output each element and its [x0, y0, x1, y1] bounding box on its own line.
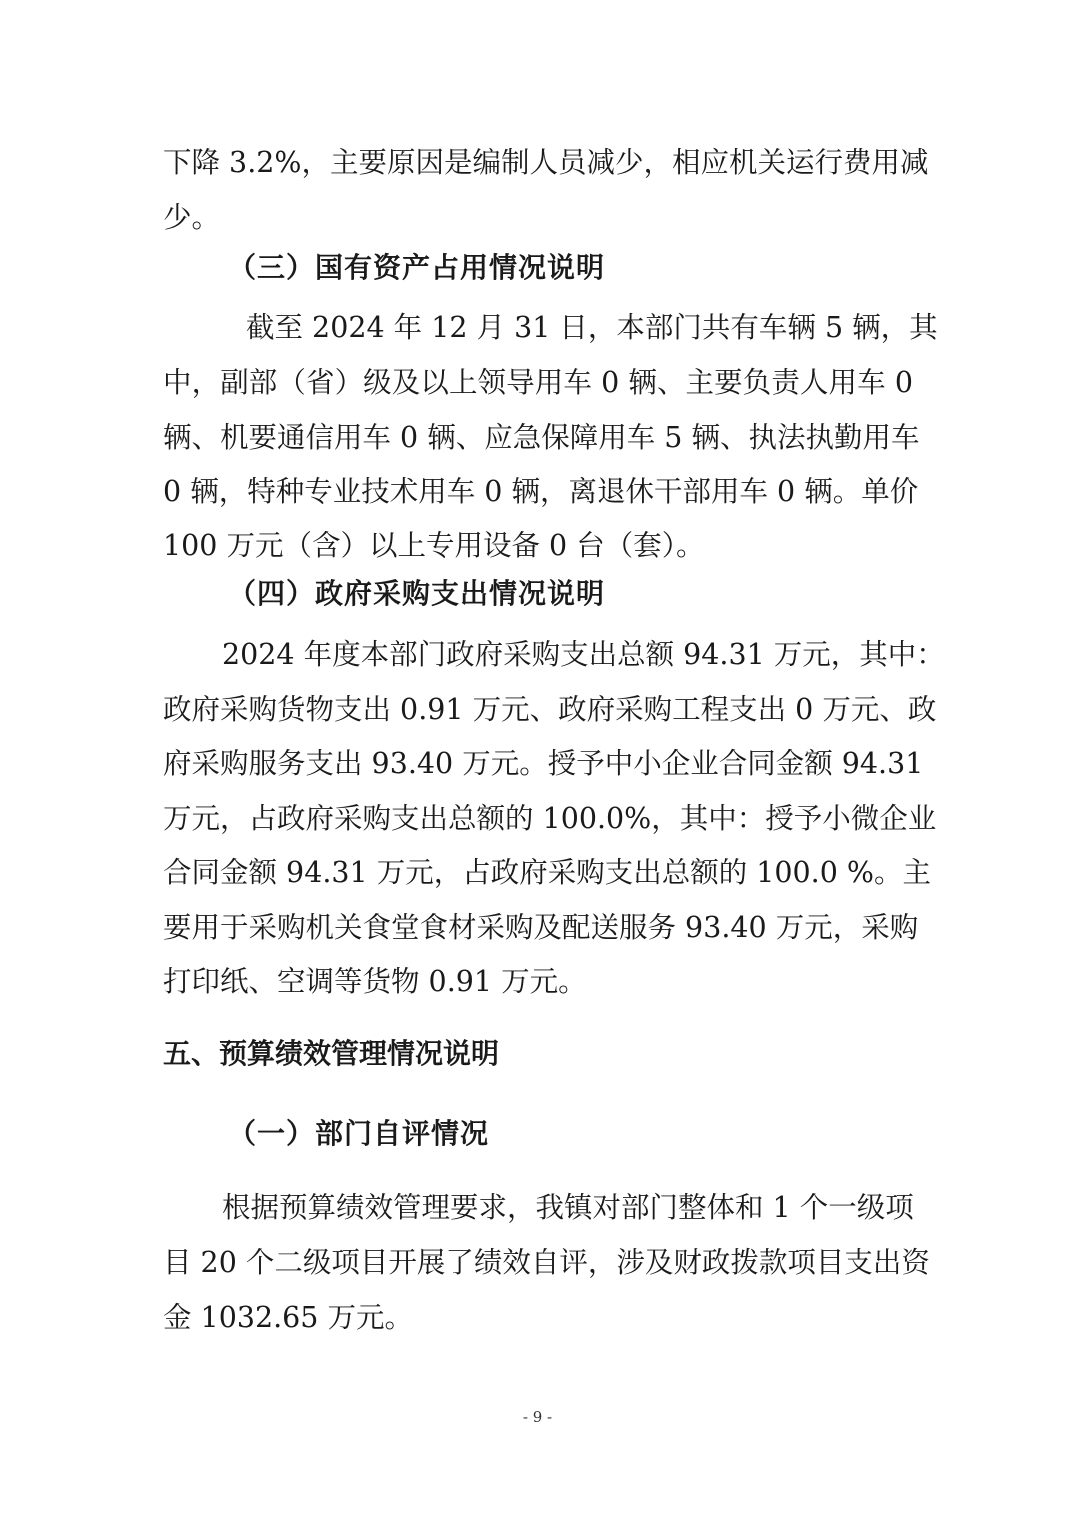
section-heading-state-assets: （三）国有资产占用情况说明 [228, 250, 605, 286]
chapter-heading-budget-performance: 五、预算绩效管理情况说明 [163, 1036, 499, 1072]
paragraph-line: 目 20 个二级项目开展了绩效自评，涉及财政拨款项目支出资 [163, 1245, 913, 1281]
page-number: - 9 - [0, 1408, 1075, 1426]
paragraph-line: 根据预算绩效管理要求，我镇对部门整体和 1 个一级项 [222, 1190, 913, 1226]
paragraph-line: 府采购服务支出 93.40 万元。授予中小企业合同金额 94.31 [163, 746, 913, 782]
paragraph-line: 合同金额 94.31 万元，占政府采购支出总额的 100.0 %。主 [163, 855, 913, 891]
paragraph-line: 打印纸、空调等货物 0.91 万元。 [163, 964, 913, 1000]
section-heading-self-evaluation: （一）部门自评情况 [228, 1116, 489, 1152]
paragraph-line: 2024 年度本部门政府采购支出总额 94.31 万元，其中： [222, 637, 913, 673]
paragraph-line: 金 1032.65 万元。 [163, 1300, 913, 1336]
paragraph-line: 少。 [163, 200, 913, 236]
paragraph-line: 万元，占政府采购支出总额的 100.0%，其中：授予小微企业 [163, 801, 913, 837]
paragraph-line: 截至 2024 年 12 月 31 日，本部门共有车辆 5 辆，其 [246, 310, 913, 346]
paragraph-line: 100 万元（含）以上专用设备 0 台（套）。 [163, 528, 913, 564]
paragraph-line: 政府采购货物支出 0.91 万元、政府采购工程支出 0 万元、政 [163, 692, 913, 728]
paragraph-line: 0 辆，特种专业技术用车 0 辆，离退休干部用车 0 辆。单价 [163, 474, 913, 510]
document-page: 下降 3.2%，主要原因是编制人员减少，相应机关运行费用减 少。 （三）国有资产… [0, 0, 1075, 1520]
paragraph-line: 要用于采购机关食堂食材采购及配送服务 93.40 万元，采购 [163, 910, 913, 946]
section-heading-gov-procurement: （四）政府采购支出情况说明 [228, 576, 605, 612]
paragraph-line: 中，副部（省）级及以上领导用车 0 辆、主要负责人用车 0 [163, 365, 913, 401]
paragraph-line: 辆、机要通信用车 0 辆、应急保障用车 5 辆、执法执勤用车 [163, 420, 913, 456]
paragraph-line: 下降 3.2%，主要原因是编制人员减少，相应机关运行费用减 [163, 145, 913, 181]
